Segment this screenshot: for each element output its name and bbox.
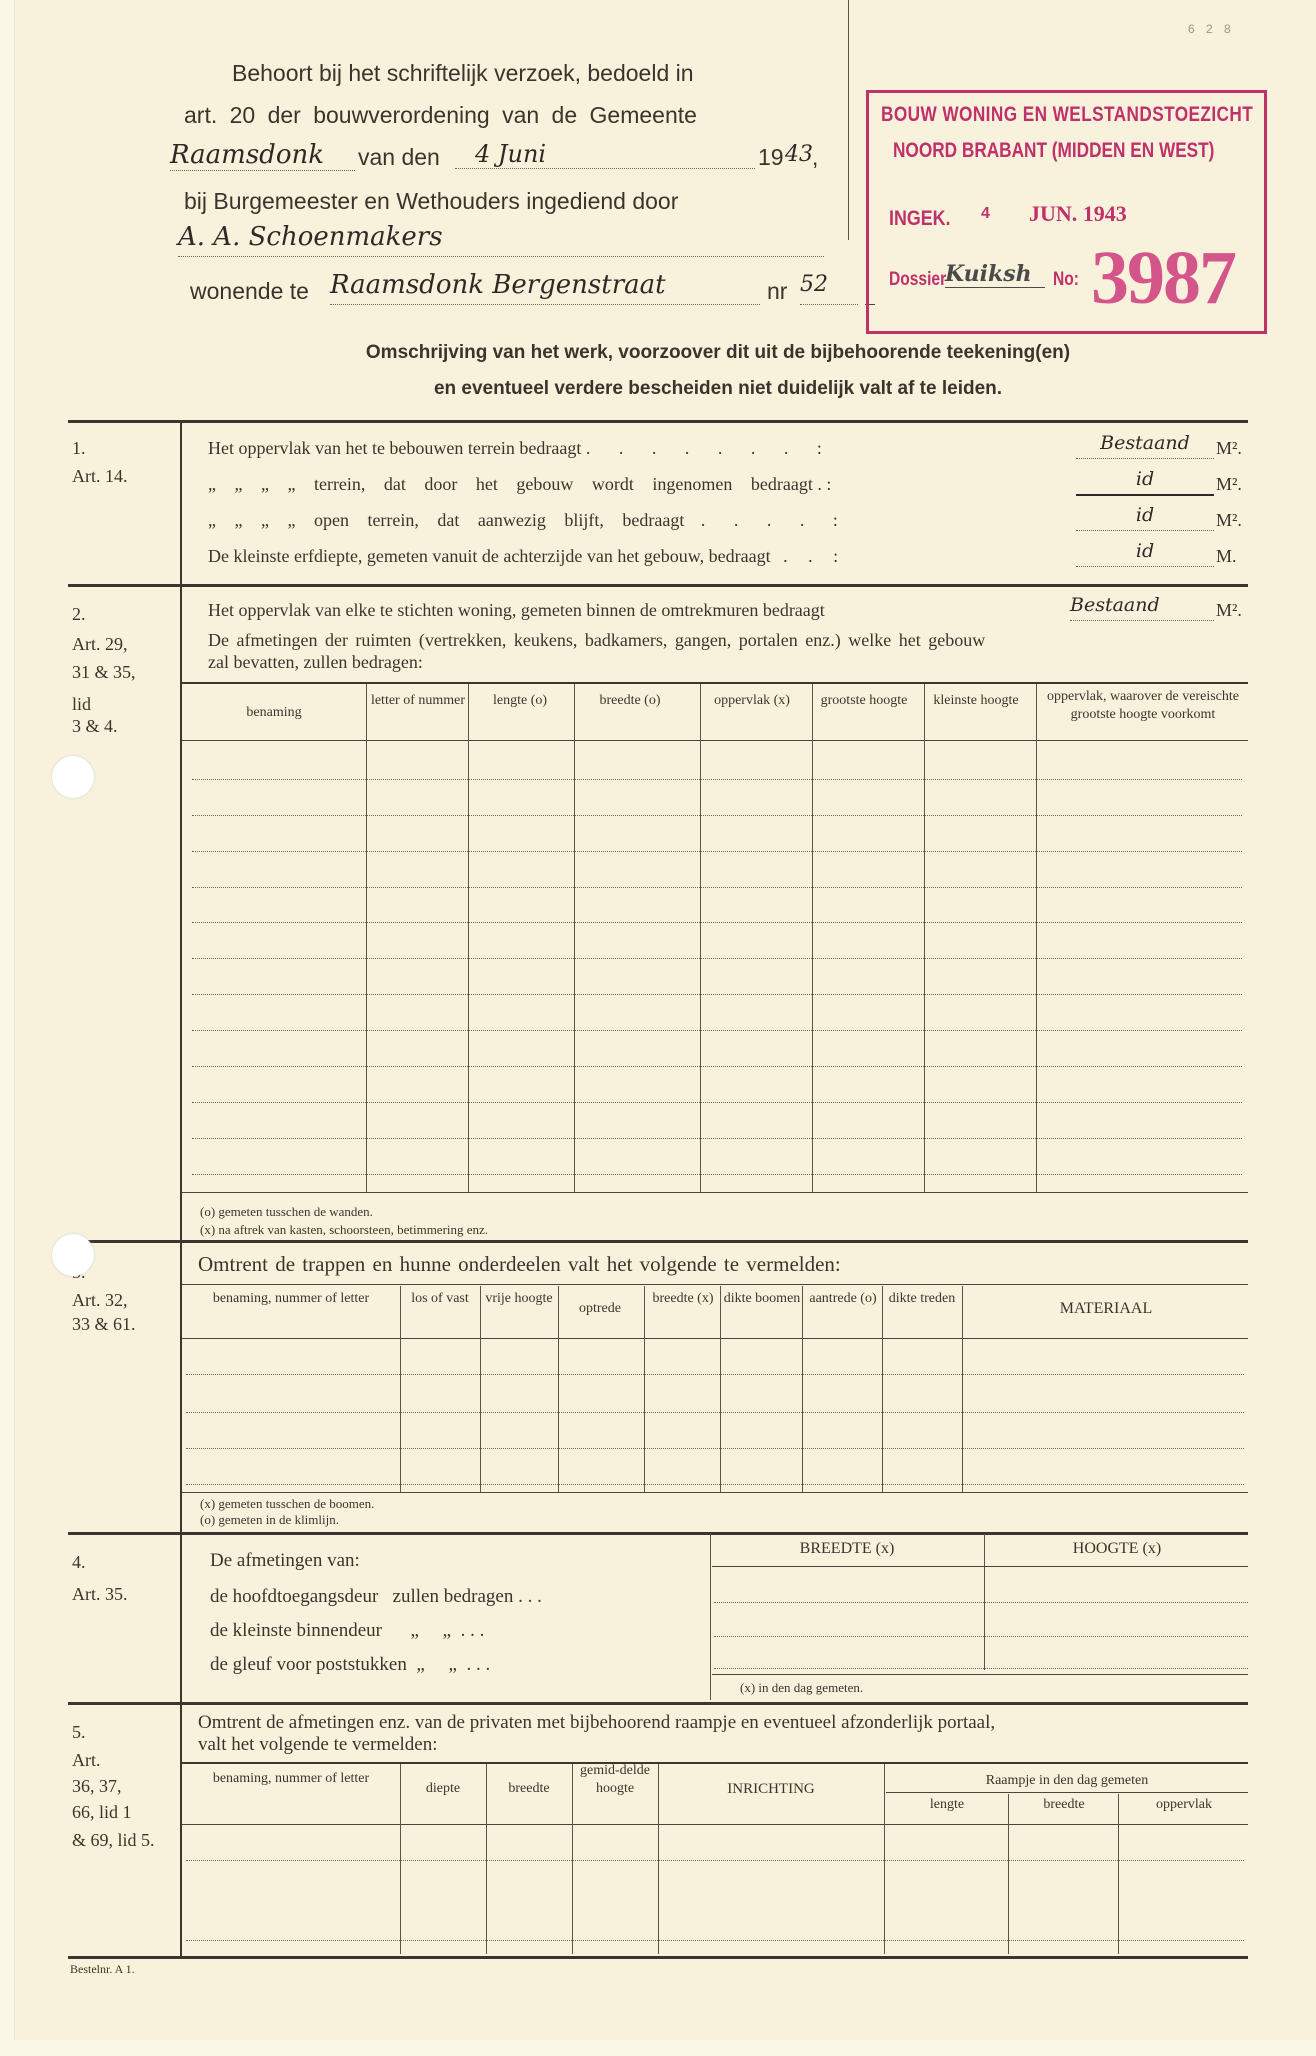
municipality-row: Raamsdonk van den 4 Juni 19 43 , bbox=[170, 140, 830, 172]
s1-row-label: Het oppervlak van het te bebouwen terrei… bbox=[208, 438, 581, 458]
table-row[interactable] bbox=[714, 1636, 1248, 1637]
table-row[interactable] bbox=[186, 1860, 1244, 1861]
col-line bbox=[924, 684, 925, 1192]
section-rule bbox=[68, 1956, 1248, 1959]
s4-row-gleuf: de gleuf voor poststukken „ „ . . . bbox=[210, 1654, 490, 1676]
section-rule bbox=[68, 1702, 1248, 1705]
col-header-materiaal: MATERIAAL bbox=[964, 1300, 1248, 1318]
header-line-2: art. 20 der bouwverordening van de Gemee… bbox=[184, 102, 697, 129]
section-5-article: 66, lid 1 bbox=[72, 1802, 132, 1823]
s2-line-3: zal bevatten, zullen bedragen: bbox=[208, 652, 423, 673]
col-header-hoogte: HOOGTE (x) bbox=[986, 1540, 1248, 1558]
col-line bbox=[400, 1764, 401, 1954]
s1-unit: M². bbox=[1216, 510, 1242, 531]
table-rule bbox=[182, 682, 1248, 684]
margin-column-line bbox=[180, 422, 182, 1956]
corner-mark: 6 2 8 bbox=[1188, 22, 1235, 36]
col-line bbox=[802, 1286, 803, 1492]
table-row[interactable] bbox=[192, 815, 1242, 816]
section-2-article: 3 & 4. bbox=[72, 716, 118, 737]
section-2-number: 2. bbox=[72, 604, 86, 625]
wonende-label: wonende te bbox=[190, 278, 309, 305]
table-row[interactable] bbox=[192, 922, 1242, 923]
col-line bbox=[700, 684, 701, 1192]
col-line bbox=[882, 1286, 883, 1492]
col-header-inrichting: INRICHTING bbox=[660, 1780, 882, 1798]
col-header-lengte: lengte bbox=[886, 1796, 1008, 1814]
table-rule bbox=[712, 1674, 1248, 1675]
col-header-oppervlak: oppervlak (x) bbox=[702, 692, 802, 710]
s1-value-field[interactable]: id bbox=[1076, 504, 1214, 531]
col-line bbox=[710, 1534, 711, 1700]
col-header-raampje: Raampje in den dag gemeten bbox=[886, 1772, 1248, 1790]
col-header-kleinste-hoogte: kleinste hoogte bbox=[926, 692, 1026, 710]
intro-text-1: Omschrijving van het werk, voorzoover di… bbox=[366, 342, 1070, 363]
col-header-dikte-treden: dikte treden bbox=[884, 1290, 960, 1308]
s1-row-label: „ „ „ „ terrein, dat door het gebouw wor… bbox=[208, 474, 813, 494]
col-header-oppervlak-hoogte: oppervlak, waarover de vereischte groots… bbox=[1040, 688, 1246, 724]
order-number: Bestelnr. A 1. bbox=[70, 1962, 135, 1977]
s1-value-field[interactable]: id bbox=[1076, 540, 1214, 567]
section-3-article: 33 & 61. bbox=[72, 1314, 136, 1335]
col-header-lengte: lengte (o) bbox=[470, 692, 570, 710]
year-field[interactable]: 43 bbox=[785, 142, 813, 167]
municipality-field[interactable]: Raamsdonk bbox=[170, 140, 355, 171]
table-rule bbox=[182, 1824, 1248, 1825]
table-row[interactable] bbox=[186, 1374, 1244, 1375]
s4-note: (x) in den dag gemeten. bbox=[740, 1680, 863, 1696]
col-line bbox=[812, 684, 813, 1192]
table-rule bbox=[182, 740, 1248, 741]
col-header-letter: letter of nummer bbox=[368, 692, 468, 710]
intro-text-2: en eventueel verdere bescheiden niet dui… bbox=[434, 378, 1002, 399]
s2-line-1: Het oppervlak van elke te stichten wonin… bbox=[208, 600, 825, 621]
stamp-ingek-date: JUN. 1943 bbox=[1029, 201, 1127, 227]
col-line bbox=[400, 1286, 401, 1492]
section-5-article: 36, 37, bbox=[72, 1776, 122, 1797]
s1-row-label: De kleinste erfdiepte, gemeten vanuit de… bbox=[208, 546, 771, 566]
section-2-article: 31 & 35, bbox=[72, 662, 136, 683]
received-stamp: BOUW WONING EN WELSTANDSTOEZICHT NOORD B… bbox=[866, 90, 1267, 334]
table-row[interactable] bbox=[192, 851, 1242, 852]
col-header-benaming: benaming, nummer of letter bbox=[184, 1770, 398, 1788]
s1-unit: M². bbox=[1216, 474, 1242, 495]
table-row[interactable] bbox=[186, 1448, 1244, 1449]
table-row[interactable] bbox=[186, 1412, 1244, 1413]
col-header-vrije-hoogte: vrije hoogte bbox=[482, 1290, 556, 1308]
house-number-field[interactable]: 52 bbox=[800, 272, 858, 305]
header-line-1: Behoort bij het schriftelijk verzoek, be… bbox=[232, 60, 694, 87]
s1-row-label: „ „ „ „ open terrein, dat aanwezig blijf… bbox=[208, 510, 684, 530]
s2-line-2: De afmetingen der ruimten (vertrekken, k… bbox=[208, 630, 985, 651]
col-line bbox=[1036, 684, 1037, 1192]
s5-line-1: Omtrent de afmetingen enz. van de privat… bbox=[198, 1712, 995, 1734]
section-rule bbox=[68, 1532, 1248, 1535]
punch-hole bbox=[52, 756, 94, 798]
s2-unit: M². bbox=[1216, 600, 1242, 621]
col-header-dikte-boomen: dikte boomen bbox=[722, 1290, 802, 1308]
stamp-dossier-label: Dossier bbox=[889, 269, 946, 291]
section-3-article: Art. 32, bbox=[72, 1290, 128, 1311]
table-rule bbox=[182, 1338, 1248, 1339]
section-5-article: & 69, lid 5. bbox=[72, 1830, 155, 1851]
col-header-breedte: BREEDTE (x) bbox=[712, 1540, 982, 1558]
s1-value-field[interactable]: Bestaand bbox=[1076, 432, 1214, 459]
stamp-area-divider bbox=[848, 0, 849, 240]
section-1-article: Art. 14. bbox=[72, 466, 128, 487]
section-1-number: 1. bbox=[72, 438, 86, 459]
col-header-gemiddelde-hoogte: gemid-delde hoogte bbox=[574, 1762, 656, 1798]
table-row[interactable] bbox=[186, 1484, 1244, 1485]
table-row[interactable] bbox=[192, 1174, 1242, 1175]
col-header-los-vast: los of vast bbox=[402, 1290, 478, 1308]
table-row[interactable] bbox=[192, 887, 1242, 888]
col-header-benaming: benaming bbox=[184, 704, 364, 722]
stamp-dossier-value: Kuiksh bbox=[945, 261, 1045, 288]
header-line-4: bij Burgemeester en Wethouders ingediend… bbox=[184, 188, 678, 215]
table-row[interactable] bbox=[192, 958, 1242, 959]
section-rule bbox=[68, 1240, 1248, 1243]
stamp-ingek-day: 4 bbox=[981, 205, 990, 223]
date-field[interactable]: 4 Juni bbox=[455, 140, 755, 169]
col-line bbox=[468, 684, 469, 1192]
address-field[interactable]: Raamsdonk Bergenstraat bbox=[330, 270, 760, 305]
s2-area-field[interactable]: Bestaand bbox=[1070, 594, 1214, 621]
col-line bbox=[720, 1286, 721, 1492]
col-line bbox=[658, 1764, 659, 1954]
table-row[interactable] bbox=[192, 1030, 1242, 1031]
col-line bbox=[1118, 1794, 1119, 1954]
col-line bbox=[1008, 1794, 1009, 1954]
section-4-article: Art. 35. bbox=[72, 1584, 128, 1605]
table-row[interactable] bbox=[192, 1138, 1242, 1139]
s3-title: Omtrent de trappen en hunne onderdeelen … bbox=[198, 1252, 841, 1277]
table-rule bbox=[182, 1192, 1248, 1193]
col-line bbox=[962, 1286, 963, 1492]
s1-value-field[interactable]: id bbox=[1076, 468, 1214, 496]
stamp-no-label: No: bbox=[1053, 269, 1079, 291]
intro-line-1: Omschrijving van het werk, voorzoover di… bbox=[0, 342, 1316, 364]
col-line bbox=[884, 1764, 885, 1954]
section-rule bbox=[68, 584, 1248, 587]
col-header-breedte: breedte bbox=[488, 1780, 570, 1798]
col-header-optrede: optrede bbox=[560, 1300, 640, 1318]
stamp-line-1: BOUW WONING EN WELSTANDSTOEZICHT bbox=[881, 103, 1253, 127]
intro-line-2: en eventueel verdere bescheiden niet dui… bbox=[0, 378, 1316, 400]
applicant-field[interactable]: A. A. Schoenmakers bbox=[178, 222, 824, 257]
table-row[interactable] bbox=[192, 779, 1242, 780]
table-rule bbox=[182, 1762, 1248, 1764]
col-line bbox=[574, 684, 575, 1192]
table-rule bbox=[886, 1792, 1248, 1793]
section-rule bbox=[68, 420, 1248, 423]
s4-title: De afmetingen van: bbox=[210, 1550, 360, 1572]
col-line bbox=[480, 1286, 481, 1492]
col-header-grootste-hoogte: grootste hoogte bbox=[814, 692, 914, 710]
stamp-ingek-label: INGEK. bbox=[889, 207, 950, 231]
section-5-article: Art. bbox=[72, 1750, 101, 1771]
s1-unit: M. bbox=[1216, 546, 1237, 567]
table-rule bbox=[182, 1284, 1248, 1285]
table-row[interactable] bbox=[192, 994, 1242, 995]
col-header-raampje-breedte: breedte bbox=[1010, 1796, 1118, 1814]
col-header-diepte: diepte bbox=[402, 1780, 484, 1798]
s1-unit: M². bbox=[1216, 438, 1242, 459]
stamp-number: 3987 bbox=[1091, 233, 1235, 323]
section-2-article: lid bbox=[72, 694, 91, 715]
table-row[interactable] bbox=[186, 1940, 1244, 1941]
punch-hole bbox=[52, 1234, 94, 1276]
table-row[interactable] bbox=[714, 1668, 1248, 1669]
col-line bbox=[366, 684, 367, 1192]
col-line bbox=[572, 1764, 573, 1954]
col-header-aantrede: aantrede (o) bbox=[804, 1290, 882, 1308]
year-comma: , bbox=[812, 144, 818, 171]
s2-note-2: (x) na aftrek van kasten, schoorsteen, b… bbox=[200, 1222, 488, 1238]
nr-label: nr bbox=[767, 278, 787, 305]
table-row[interactable] bbox=[192, 1102, 1242, 1103]
year-prefix: 19 bbox=[758, 144, 784, 171]
table-row[interactable] bbox=[714, 1602, 1248, 1603]
stamp-line-2: NOORD BRABANT (MIDDEN EN WEST) bbox=[893, 139, 1214, 163]
col-header-breedte: breedte (o) bbox=[580, 692, 680, 710]
table-rule bbox=[182, 1492, 1248, 1493]
section-4-number: 4. bbox=[72, 1552, 86, 1573]
section-2-article: Art. 29, bbox=[72, 634, 128, 655]
col-line bbox=[644, 1286, 645, 1492]
s5-line-2: valt het volgende te vermelden: bbox=[198, 1734, 438, 1756]
s2-note-1: (o) gemeten tusschen de wanden. bbox=[200, 1204, 373, 1220]
s4-row-binnendeur: de kleinste binnendeur „ „ . . . bbox=[210, 1620, 484, 1642]
van-den-label: van den bbox=[358, 144, 440, 171]
s4-row-hoofdtoegangsdeur: de hoofdtoegangsdeur zullen bedragen . .… bbox=[210, 1586, 542, 1608]
section-5-number: 5. bbox=[72, 1722, 86, 1743]
s3-note-2: (o) gemeten in de klimlijn. bbox=[200, 1512, 339, 1528]
table-rule bbox=[712, 1566, 1248, 1567]
s3-note-1: (x) gemeten tusschen de boomen. bbox=[200, 1496, 374, 1512]
col-line bbox=[486, 1764, 487, 1954]
table-row[interactable] bbox=[192, 1066, 1242, 1067]
col-line bbox=[558, 1286, 559, 1492]
col-header-benaming: benaming, nummer of letter bbox=[184, 1290, 398, 1308]
col-header-breedte: breedte (x) bbox=[646, 1290, 720, 1308]
col-header-raampje-oppervlak: oppervlak bbox=[1120, 1796, 1248, 1814]
